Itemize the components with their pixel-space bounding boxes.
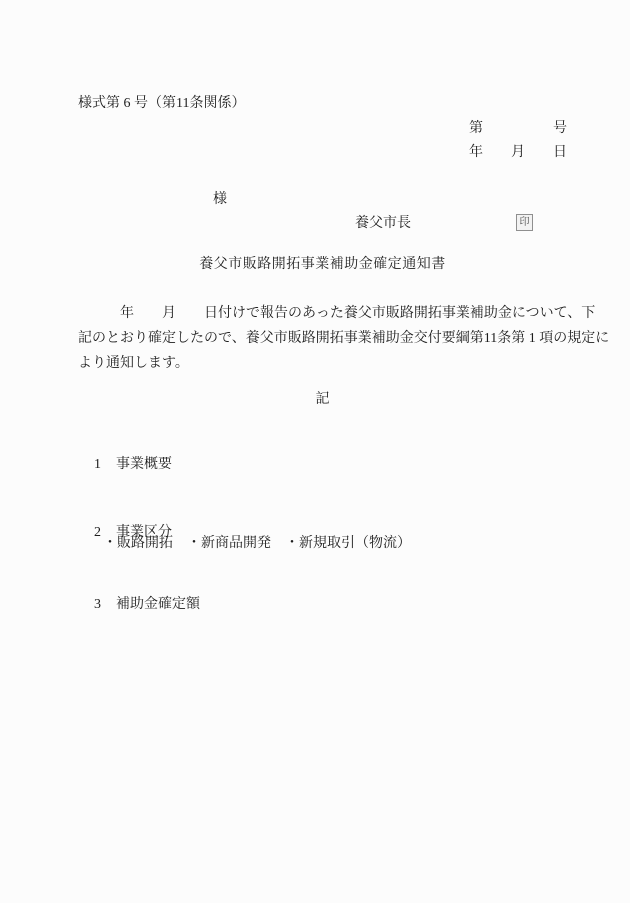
page-title: 養父市販路開拓事業補助金確定通知書: [78, 257, 567, 273]
list-item-business-summary: 1事業概要: [80, 441, 172, 489]
body-paragraph: 年 月 日付けで報告のあった養父市販路開拓事業補助金について、下 記のとおり確定…: [78, 301, 609, 376]
item-number: 2: [94, 525, 101, 540]
list-item-subsidy-amount: 3補助金確定額: [80, 581, 200, 629]
record-marker: 記: [78, 392, 567, 408]
form-number: 様式第 6 号（第11条関係）: [78, 96, 245, 112]
seal-mark-icon: 印: [516, 214, 533, 231]
date-line: 年 月 日: [469, 145, 567, 161]
body-line: 年 月 日付けで報告のあった養父市販路開拓事業補助金について、下: [78, 301, 609, 326]
body-line: より通知します。: [78, 351, 609, 376]
document-page: 様式第 6 号（第11条関係） 第 号 年 月 日 様 養父市長 印 養父市販路…: [0, 0, 630, 903]
business-category-options: ・販路開拓 ・新商品開発 ・新規取引（物流）: [103, 536, 411, 552]
item-label: 事業概要: [116, 457, 172, 472]
body-line: 記のとおり確定したので、養父市販路開拓事業補助金交付要綱第11条第 1 項の規定…: [78, 326, 609, 351]
item-number: 3: [94, 597, 101, 612]
item-number: 1: [94, 457, 101, 472]
addressee-suffix: 様: [213, 192, 227, 208]
item-label: 補助金確定額: [116, 597, 200, 612]
sender-title: 養父市長: [355, 216, 411, 232]
document-number-line: 第 号: [469, 121, 567, 137]
